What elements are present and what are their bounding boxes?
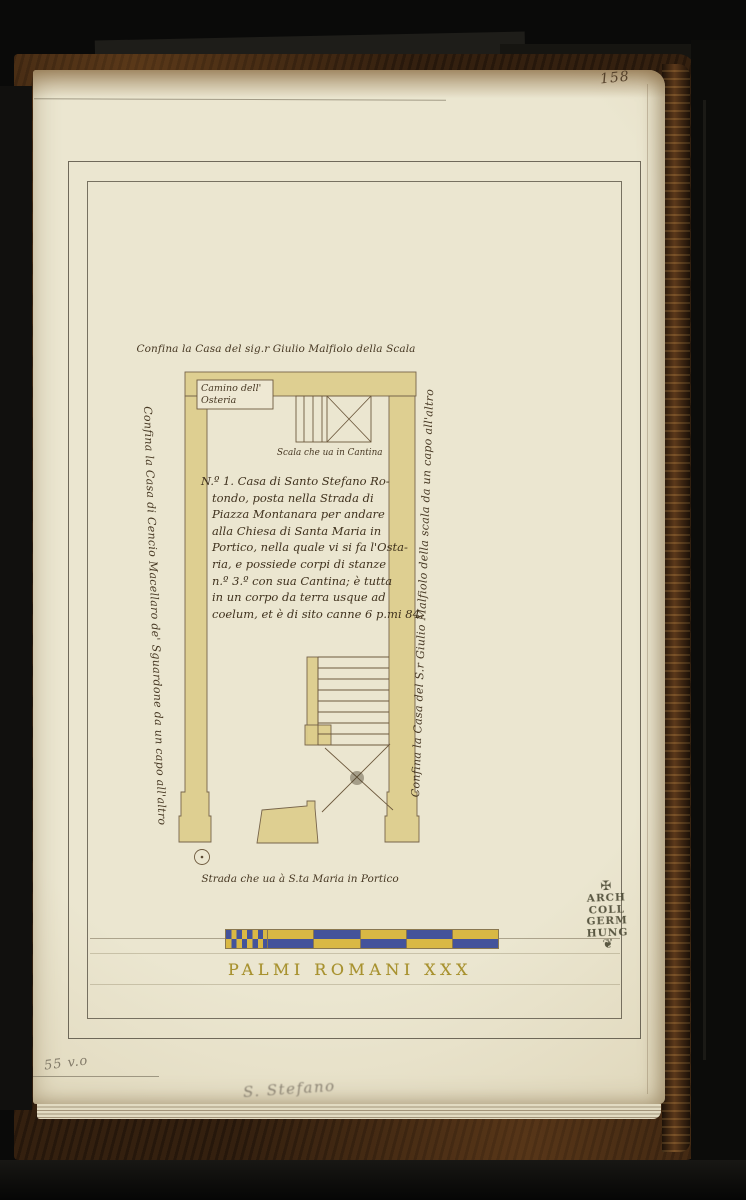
description-line: N.º 1. Casa di Santo Stefano Ro- (201, 473, 397, 490)
scale-guideline (90, 938, 225, 939)
camino-label: Camino dell' Osteria (201, 383, 275, 407)
plan-upper-stair-cross (327, 396, 371, 442)
background-right (691, 40, 746, 1160)
description-line: Portico, nella quale vi si fa l'Osta- (212, 539, 397, 556)
boundary-label-top: Confina la Casa del sig.r Giulio Malfiol… (136, 343, 415, 355)
plan-compass-dot-center (201, 856, 204, 859)
cellar-stair-label: Scala che ua in Cantina (277, 448, 387, 458)
ink-smudge (350, 771, 364, 785)
description-line: Piazza Montanara per andare (212, 506, 397, 523)
checker-row (226, 930, 267, 939)
camino-label-line1: Camino dell' (201, 383, 275, 395)
street-label: Strada che ua à S.ta Maria in Portico (201, 873, 398, 885)
folio-number: 158 (599, 68, 630, 87)
scale-text-guideline (90, 953, 620, 954)
checker-row (226, 939, 267, 948)
gold-tooled-binding-edge (662, 64, 690, 1152)
scale-bar-label: PALMI ROMANI XXX (228, 960, 472, 979)
stamp-ornament-bottom: ❦ (602, 939, 613, 951)
plan-street-pier (257, 801, 318, 843)
scale-bar-segment (267, 930, 313, 948)
property-description: N.º 1. Casa di Santo Stefano Ro- tondo, … (201, 473, 397, 622)
page-top-stain (33, 70, 665, 98)
scale-bar-segment (406, 930, 452, 948)
scale-bar-segment (452, 930, 498, 948)
camino-label-line2: Osteria (201, 395, 275, 407)
photograph-of-manuscript: 158 Confina la Casa del sig.r Giulio Mal… (0, 0, 746, 1200)
description-line: n.º 3.º con sua Cantina; è tutta (212, 573, 397, 590)
plan-upper-stair-treads (304, 396, 327, 442)
page-crease (647, 84, 648, 1094)
background-streak (703, 100, 706, 1060)
page-stack-edges (37, 1104, 661, 1119)
scale-text-guideline (90, 984, 620, 985)
description-line: ria, e possiede corpi di stanze (212, 556, 397, 573)
scale-bar-checker-segment (226, 930, 267, 948)
gutter-shadow (0, 86, 32, 1110)
description-line: alla Chiesa di Santa Maria in (212, 523, 397, 540)
description-line: in un corpo da terra usque ad (212, 589, 397, 606)
description-line: coelum, et è di sito canne 6 p.mi 84. (212, 606, 397, 623)
table-surface (0, 1160, 746, 1200)
scale-bar-segment (313, 930, 359, 948)
scale-bar-segment (360, 930, 406, 948)
archive-stamp: ✠ ARCH COLL GERM HUNG ❦ (568, 863, 646, 970)
pencil-line (33, 1076, 159, 1077)
scale-bar (225, 929, 499, 949)
description-line: tondo, posta nella Strada di (212, 490, 397, 507)
